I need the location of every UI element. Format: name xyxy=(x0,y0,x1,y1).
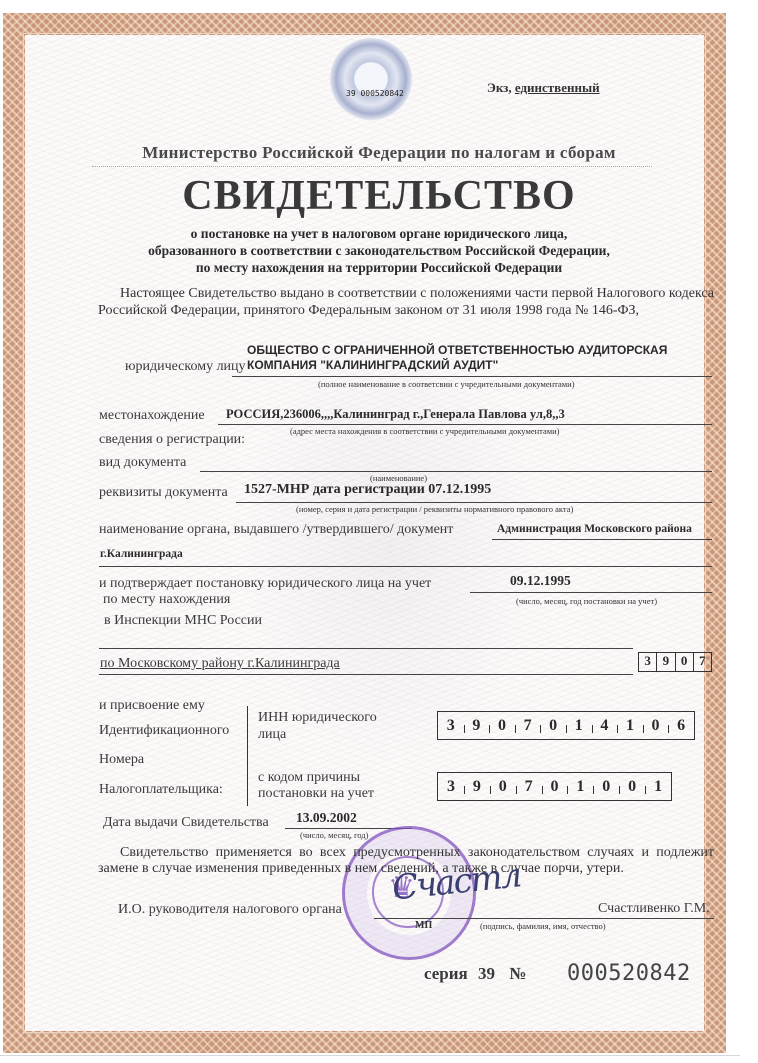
subtitle-line: образованного в соответствии с законодат… xyxy=(0,242,758,259)
inn-digit: 0 xyxy=(540,717,566,735)
scan-edge-line xyxy=(0,1055,740,1056)
inn-digit: 0 xyxy=(489,717,515,735)
kpp-digit: 7 xyxy=(516,778,542,796)
kpp-label-line2: постановки на учет xyxy=(258,786,374,802)
code-digit: 9 xyxy=(656,653,674,671)
subtitle-line: о постановке на учет в налоговом органе … xyxy=(0,225,758,242)
issue-date-value: 13.09.2002 xyxy=(296,810,357,826)
intro-text: Настоящее Свидетельство выдано в соответ… xyxy=(98,286,714,318)
legal-entity-hint: (полное наименование в соответсвии с учр… xyxy=(318,379,575,389)
inn-digit: 1 xyxy=(617,717,643,735)
location-label: местонахождение xyxy=(99,408,205,424)
document-subtitle: о постановке на учет в налоговом органе … xyxy=(0,225,758,276)
copy-indicator: Экз, единственный xyxy=(487,80,600,96)
doc-details-label: реквизиты документа xyxy=(99,485,228,501)
location-hint: (адрес места нахождения в соответствии с… xyxy=(290,426,560,436)
inspection-label: в Инспекции МНС России xyxy=(104,613,262,629)
registration-date-value: 09.12.1995 xyxy=(510,573,571,589)
registration-date-hint: (число, месяц, год постановки на учет) xyxy=(516,596,657,606)
inn-label-line2: лица xyxy=(258,727,286,743)
kpp-digit: 0 xyxy=(619,778,645,796)
kpp-digit: 0 xyxy=(542,778,568,796)
legal-entity-value-line2: КОМПАНИЯ "КАЛИНИНГРАДСКИЙ АУДИТ" xyxy=(247,358,498,372)
intro-paragraph: Настоящее Свидетельство выдано в соответ… xyxy=(98,285,714,319)
doc-details-value: 1527-МНР дата регистрации 07.12.1995 xyxy=(244,482,491,498)
issuing-body-value-line2: г.Калининграда xyxy=(100,548,183,560)
certificate-number: 000520842 xyxy=(567,961,691,986)
inspection-underline-1 xyxy=(99,648,633,649)
location-basis-label: по месту нахождения xyxy=(103,592,230,608)
hologram-seal xyxy=(330,38,412,120)
legal-entity-label: юридическому лицу xyxy=(125,359,246,375)
signature-underline xyxy=(374,918,714,919)
inspection-name: по Московскому району г.Калининграда xyxy=(100,656,340,672)
doc-type-underline xyxy=(200,471,712,472)
issuing-body-value-line1: Администрация Московского района xyxy=(497,523,692,535)
registration-info-label: сведения о регистрации: xyxy=(99,432,245,448)
inn-label-line1: ИНН юридического xyxy=(258,710,377,726)
inn-digit: 0 xyxy=(643,717,669,735)
registration-date-label: и подтверждает постановку юридического л… xyxy=(99,576,431,592)
inn-code-box: 3 9 0 7 0 1 4 1 0 6 xyxy=(437,711,695,740)
copy-value: единственный xyxy=(515,80,600,95)
taxpayer-divider xyxy=(247,706,248,806)
doc-details-underline xyxy=(236,502,712,503)
signatory-label: И.О. руководителя налогового органа xyxy=(118,902,342,918)
inn-digit: 9 xyxy=(464,717,490,735)
taxpayer-label-line1: и присвоение ему xyxy=(99,698,205,714)
kpp-digit: 1 xyxy=(645,778,671,796)
code-digit: 3 xyxy=(639,653,656,671)
kpp-digit: 0 xyxy=(490,778,516,796)
series-value: 39 xyxy=(478,964,495,983)
copy-label: Экз, xyxy=(487,80,512,95)
inn-digit: 4 xyxy=(592,717,618,735)
registration-date-underline xyxy=(470,592,712,593)
location-value: РОССИЯ,236006,,,,Калининград г.,Генерала… xyxy=(226,407,565,422)
stamp-place-label: МП xyxy=(415,920,432,931)
inn-digit: 3 xyxy=(438,717,464,735)
doc-type-label: вид документа xyxy=(99,455,186,471)
location-underline xyxy=(218,424,712,425)
document-title: СВИДЕТЕЛЬСТВО xyxy=(0,172,758,220)
issuing-body-underline-1 xyxy=(492,539,712,540)
ministry-heading: Министерство Российской Федерации по нал… xyxy=(0,143,758,163)
inspection-code-box: 3 9 0 7 xyxy=(638,652,712,672)
signature-hint: (подпись, фамилия, имя, отчество) xyxy=(480,921,606,931)
issuing-body-label: наименование органа, выдавшего /утвердив… xyxy=(99,522,453,538)
taxpayer-label-line3: Номера xyxy=(99,752,144,768)
subtitle-line: по месту нахождения на территории Россий… xyxy=(0,259,758,276)
legal-entity-underline xyxy=(232,376,712,377)
kpp-digit: 0 xyxy=(593,778,619,796)
kpp-code-box: 3 9 0 7 0 1 0 0 1 xyxy=(437,772,672,801)
series-label: серия xyxy=(424,964,468,983)
issue-date-label: Дата выдачи Свидетельства xyxy=(103,815,269,831)
series-line: серия 39 № xyxy=(424,964,526,984)
code-digit: 0 xyxy=(675,653,693,671)
hologram-number: 39 000520842 xyxy=(346,89,404,98)
taxpayer-label-line2: Идентификационного xyxy=(99,723,229,739)
legal-entity-value-line1: ОБЩЕСТВО С ОГРАНИЧЕННОЙ ОТВЕТСТВЕННОСТЬЮ… xyxy=(247,343,667,357)
ministry-divider xyxy=(92,166,652,167)
taxpayer-label-line4: Налогоплательщика: xyxy=(99,782,223,798)
number-sign: № xyxy=(509,964,526,983)
inn-digit: 7 xyxy=(515,717,541,735)
issue-date-hint: (число, месяц, год) xyxy=(300,830,368,840)
kpp-label-line1: с кодом причины xyxy=(258,770,360,786)
inspection-underline-2 xyxy=(99,674,633,675)
issuing-body-underline-2 xyxy=(99,566,712,567)
kpp-digit: 1 xyxy=(567,778,593,796)
inn-digit: 1 xyxy=(566,717,592,735)
doc-details-hint: (номер, серия и дата регистрации / рекви… xyxy=(296,504,573,514)
kpp-digit: 3 xyxy=(438,778,464,796)
signatory-name: Счастливенко Г.М. xyxy=(598,901,710,917)
kpp-digit: 9 xyxy=(464,778,490,796)
inn-digit: 6 xyxy=(668,717,694,735)
code-digit: 7 xyxy=(693,653,711,671)
